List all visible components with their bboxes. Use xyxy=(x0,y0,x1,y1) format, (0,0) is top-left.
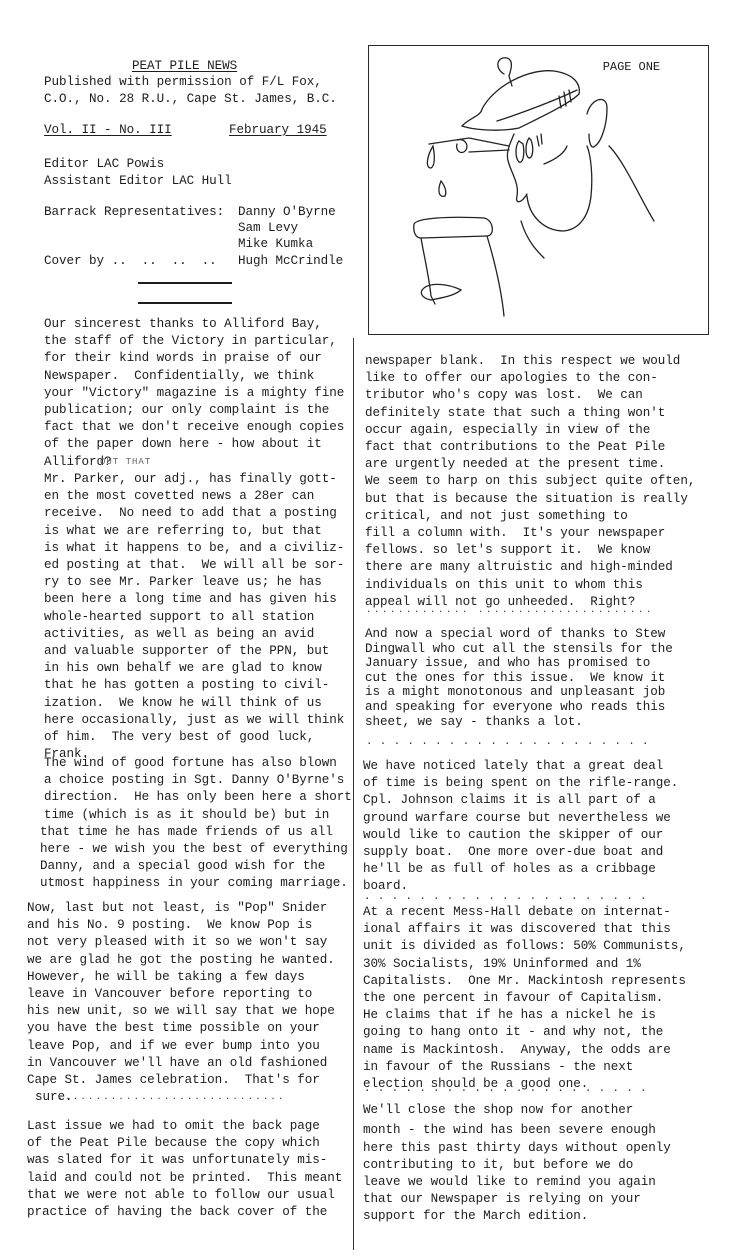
text-line: of time is being spent on the rifle-rang… xyxy=(363,775,678,792)
text-line: you have the best time possible on your xyxy=(27,1020,335,1037)
text-line: newspaper blank. In this respect we woul… xyxy=(365,353,695,370)
text-line: fact that we don't receive enough copies xyxy=(44,419,344,436)
text-line: Capitalists. One Mr. Mackintosh represen… xyxy=(363,973,686,990)
text-line: We'll close the shop now for another xyxy=(363,1100,671,1120)
text-line: publication; our only complaint is the xyxy=(44,402,344,419)
text-line: ed posting at that. We will all be sor- xyxy=(44,557,344,574)
text-line: would like to caution the skipper of our xyxy=(363,827,678,844)
text-line: here this past thirty days without openl… xyxy=(363,1140,671,1157)
text-line: Danny, and a special good wish for the xyxy=(40,858,352,875)
article-dingwall: And now a special word of thanks to Stew… xyxy=(365,627,673,729)
text-line: we are glad he got the posting he wanted… xyxy=(27,952,335,969)
article-rifle-range: We have noticed lately that a great deal… xyxy=(363,758,678,896)
article-mess-hall: At a recent Mess-Hall debate on internat… xyxy=(363,904,686,1093)
text-line: here - we wish you the best of everythin… xyxy=(40,841,352,858)
text-line: utmost happiness in your coming marriage… xyxy=(40,875,352,892)
article-back-page: Last issue we had to omit the back page … xyxy=(27,1118,342,1221)
text-line: but that is because the situation is rea… xyxy=(365,491,695,508)
text-line: contributing to it, but before we do xyxy=(363,1157,671,1174)
text-line: Now, last but not least, is "Pop" Snider xyxy=(27,900,335,917)
text-line: is a might monotonous and unpleasant job xyxy=(365,685,673,700)
text-line: Cape St. James celebration. That's for xyxy=(27,1072,335,1089)
cover-artist: Hugh McCrindle xyxy=(238,254,343,268)
text-line: individuals on this unit to whom this xyxy=(365,577,695,594)
text-line: And now a special word of thanks to Stew xyxy=(365,627,673,642)
text-line: support for the March edition. xyxy=(363,1208,671,1225)
text-line: ry to see Mr. Parker leave us; he has xyxy=(44,574,344,591)
assistant-editor: Assistant Editor LAC Hull xyxy=(44,173,232,190)
cartoon-illustration-icon xyxy=(369,46,710,336)
barrack-label: Barrack Representatives: xyxy=(44,205,224,219)
text-line: He claims that if he has a nickel he is xyxy=(363,1007,686,1024)
text-line: and his No. 9 posting. We know Pop is xyxy=(27,917,335,934)
text-line: receive. No need to add that a posting xyxy=(44,505,344,522)
text-line: ground warfare course but nevertheless w… xyxy=(363,810,678,827)
text-line: At a recent Mess-Hall debate on internat… xyxy=(363,904,686,921)
text-line: The wind of good fortune has also blown xyxy=(44,755,352,772)
text-line: time (which is as it should be) but in xyxy=(44,807,352,824)
section-separator: ..................... xyxy=(364,1082,654,1096)
text-line: ional affairs it was discovered that thi… xyxy=(363,921,686,938)
section-separator: ............................... xyxy=(50,1090,286,1104)
article-snider: Now, last but not least, is "Pop" Snider… xyxy=(27,900,335,1106)
text-line: activities, as well as being an avid xyxy=(44,626,344,643)
text-line: whole-hearted support to all station xyxy=(44,609,344,626)
article-back-page-continued: newspaper blank. In this respect we woul… xyxy=(365,353,695,611)
text-line: However, he will be taking a few days xyxy=(27,969,335,986)
text-line: a choice posting in Sgt. Danny O'Byrne's xyxy=(44,772,352,789)
newsletter-title: PEAT PILE NEWS xyxy=(132,58,364,74)
text-line: Newspaper. Confidentially, we think xyxy=(44,368,344,385)
text-line: occur again, especially in view of the xyxy=(365,422,695,439)
text-line: supply boat. One more over-due boat and xyxy=(363,844,678,861)
text-line: Mr. Parker, our adj., has finally gott- xyxy=(44,471,344,488)
text-line: here occasionally, just as we will think xyxy=(44,712,344,729)
article-obyrne: The wind of good fortune has also blown … xyxy=(44,755,352,893)
signature-mark: OUT THAT xyxy=(100,457,151,467)
text-line: his new unit, so we will say that we hop… xyxy=(27,1003,335,1020)
cover-by-label: Cover by .. .. .. .. xyxy=(44,254,217,268)
barrack-rep: Sam Levy xyxy=(238,221,298,235)
issue-info: Vol. II - No. III February 1945 xyxy=(44,123,354,141)
text-line: fill a column with. It's your newspaper xyxy=(365,525,695,542)
divider-rule xyxy=(138,302,232,304)
text-line: for their kind words in praise of our xyxy=(44,350,344,367)
text-line: the staff of the Victory in particular, xyxy=(44,333,344,350)
text-line: Dingwall who cut all the stensils for th… xyxy=(365,642,673,657)
text-line: is what we are referring to, but that xyxy=(44,523,344,540)
text-line: that we were not able to follow our usua… xyxy=(27,1187,342,1204)
text-line: fact that contributions to the Peat Pile xyxy=(365,439,695,456)
editors: Editor LAC Powis Assistant Editor LAC Hu… xyxy=(44,156,232,190)
text-line: of the paper down here - how about it xyxy=(44,436,344,453)
text-line: in favour of the Russians - the next xyxy=(363,1059,686,1076)
text-line: that he has gotten a posting to civil- xyxy=(44,677,344,694)
text-line: was slated for it was unfortunately mis- xyxy=(27,1152,342,1169)
text-line: practice of having the back cover of the xyxy=(27,1204,342,1221)
text-line: January issue, and who has promised to xyxy=(365,656,673,671)
text-line: of the Peat Pile because the copy which xyxy=(27,1135,342,1152)
barrack-rep: Danny O'Byrne xyxy=(238,205,336,219)
text-line: are urgently needed at the present time. xyxy=(365,456,695,473)
barrack-rep: Mike Kumka xyxy=(238,237,313,251)
text-line: of him. The very best of good luck, xyxy=(44,729,344,746)
issue-date: February 1945 xyxy=(229,123,327,137)
text-line: sheet, we say - thanks a lot. xyxy=(365,715,673,730)
publication-line-2: C.O., No. 28 R.U., Cape St. James, B.C. xyxy=(44,91,364,108)
text-line: name is Mackintosh. Anyway, the odds are xyxy=(363,1042,686,1059)
column-divider xyxy=(353,338,354,1250)
text-line: tributor who's copy was lost. We can xyxy=(365,387,695,404)
section-separator: ..................... xyxy=(364,890,654,904)
text-line: We have noticed lately that a great deal xyxy=(363,758,678,775)
text-line: your "Victory" magazine is a mighty fine xyxy=(44,385,344,402)
text-line: that our Newspaper is relying on your xyxy=(363,1191,671,1208)
text-line: been here a long time and has given his xyxy=(44,591,344,608)
volume-number: Vol. II - No. III xyxy=(44,123,172,137)
text-line: Our sincerest thanks to Alliford Bay, xyxy=(44,316,344,333)
cover-illustration-box: PAGE ONE xyxy=(368,45,709,335)
article-thanks-alliford: Our sincerest thanks to Alliford Bay, th… xyxy=(44,316,344,471)
text-line: We seem to harp on this subject quite of… xyxy=(365,473,695,490)
section-separator: ............. ...................... xyxy=(366,603,654,617)
text-line: critical, and not just something to xyxy=(365,508,695,525)
text-line: Last issue we had to omit the back page xyxy=(27,1118,342,1135)
section-separator: ..................... xyxy=(366,735,656,749)
text-line: month - the wind has been severe enough xyxy=(363,1120,671,1140)
text-line: leave we would like to remind you again xyxy=(363,1174,671,1191)
text-line: he'll be as full of holes as a cribbage xyxy=(363,861,678,878)
text-line: not very pleased with it so we won't say xyxy=(27,934,335,951)
article-parker: Mr. Parker, our adj., has finally gott- … xyxy=(44,471,344,763)
text-line: definitely state that such a thing won't xyxy=(365,405,695,422)
publication-line-1: Published with permission of F/L Fox, xyxy=(44,74,364,91)
text-line: in his own behalf we are glad to know xyxy=(44,660,344,677)
text-line: is what it happens to be, and a civiliz- xyxy=(44,540,344,557)
text-line: laid and could not be printed. This mean… xyxy=(27,1170,342,1187)
text-line: en the most covetted news a 28er can xyxy=(44,488,344,505)
text-line: 30% Socialists, 19% Uninformed and 1% xyxy=(363,956,686,973)
text-line: direction. He has only been here a short xyxy=(44,789,352,806)
text-line: fellows. so let's support it. We know xyxy=(365,542,695,559)
text-line: that time he has made friends of us all xyxy=(40,824,352,841)
editor: Editor LAC Powis xyxy=(44,156,232,173)
divider-rule xyxy=(138,282,232,284)
masthead: PEAT PILE NEWS Published with permission… xyxy=(44,58,364,108)
text-line: in Vancouver we'll have an old fashioned xyxy=(27,1055,335,1072)
article-closing: We'll close the shop now for another mon… xyxy=(363,1100,671,1225)
text-line: ization. We know he will think of us xyxy=(44,695,344,712)
text-line: and speaking for everyone who reads this xyxy=(365,700,673,715)
text-line: there are many altruistic and high-minde… xyxy=(365,559,695,576)
text-line: cut the ones for this issue. We know it xyxy=(365,671,673,686)
text-line: like to offer our apologies to the con- xyxy=(365,370,695,387)
text-line: and valuable supporter of the PPN, but xyxy=(44,643,344,660)
text-line: the one percent in favour of Capitalism. xyxy=(363,990,686,1007)
text-line: Cpl. Johnson claims it is all part of a xyxy=(363,792,678,809)
text-line: Alliford? xyxy=(44,454,344,471)
text-line: leave Pop, and if we ever bump into you xyxy=(27,1038,335,1055)
text-line: going to hang onto it - and why not, the xyxy=(363,1024,686,1041)
text-line: unit is divided as follows: 50% Communis… xyxy=(363,938,686,955)
text-line: leave in Vancouver before reporting to xyxy=(27,986,335,1003)
